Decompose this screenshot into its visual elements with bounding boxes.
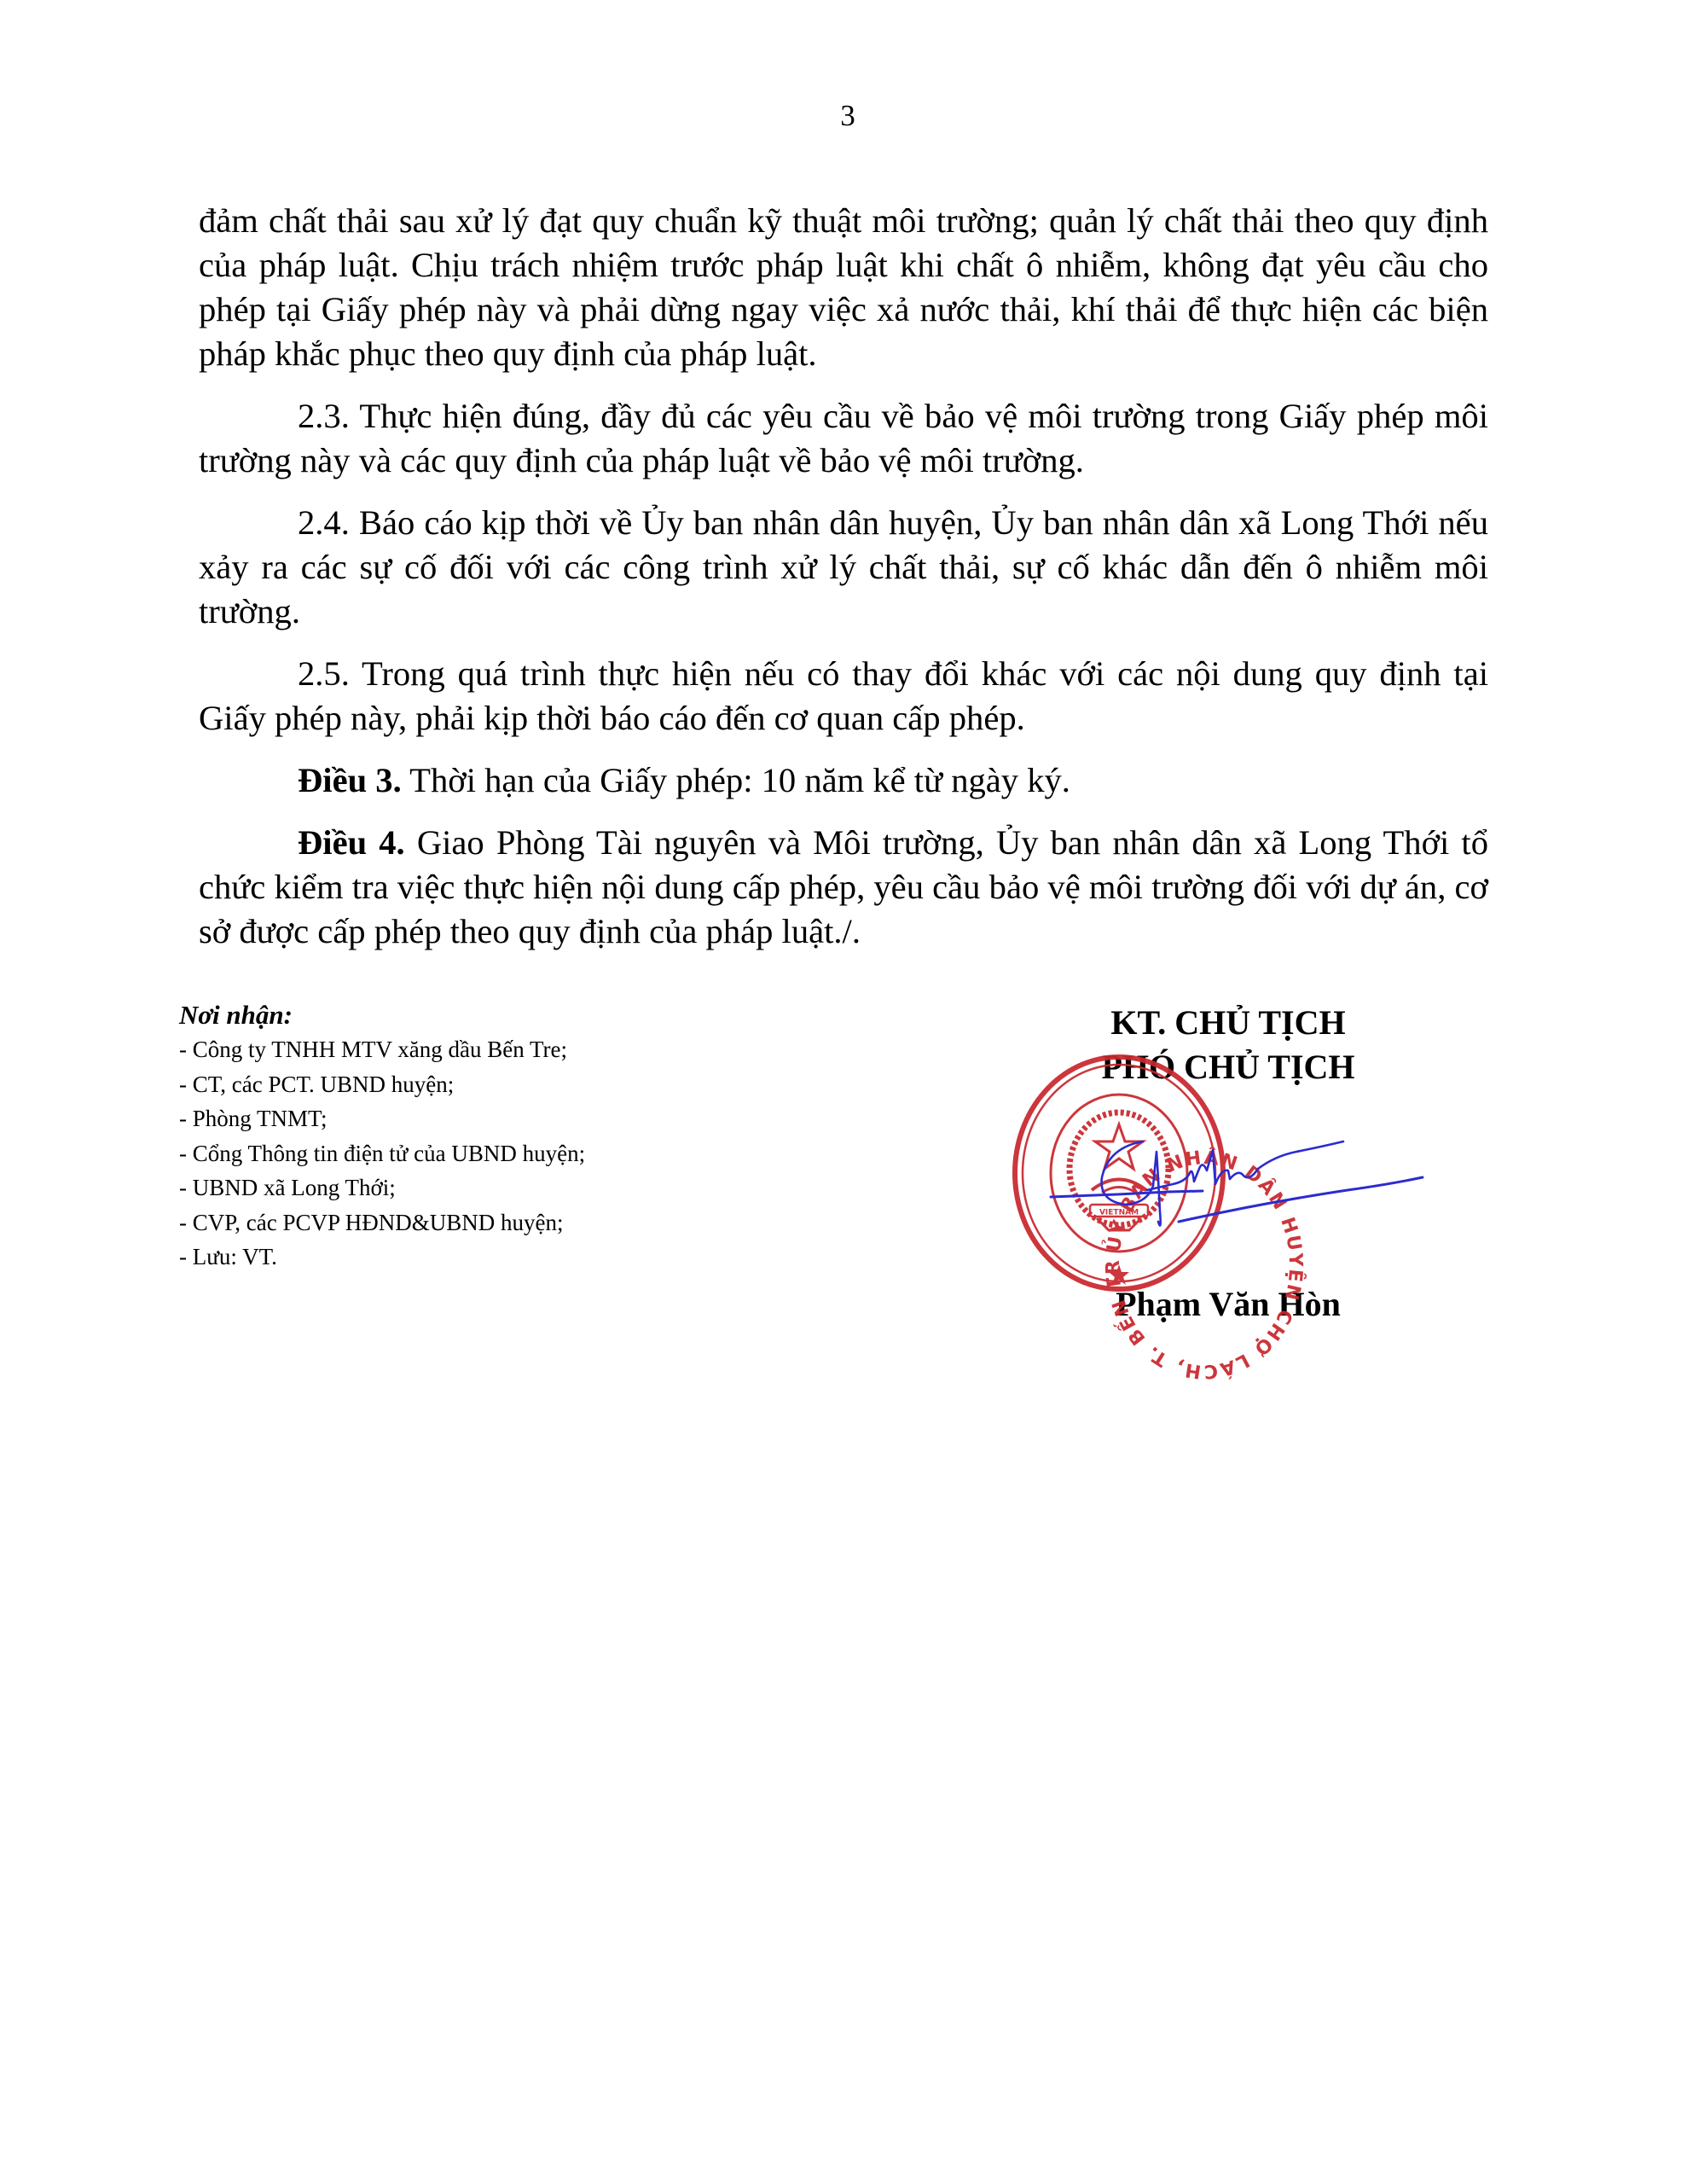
recipient-item: - Công ty TNHH MTV xăng dầu Bến Tre;: [179, 1032, 947, 1067]
recipients-list: - Công ty TNHH MTV xăng dầu Bến Tre; - C…: [179, 1032, 947, 1275]
body-paragraph: 2.4. Báo cáo kịp thời về Ủy ban nhân dân…: [199, 501, 1488, 634]
recipient-item: - UBND xã Long Thới;: [179, 1170, 947, 1205]
recipient-item: - CT, các PCT. UBND huyện;: [179, 1067, 947, 1102]
paragraph-text: Thời hạn của Giấy phép: 10 năm kể từ ngà…: [402, 761, 1070, 799]
recipients-block: Nơi nhận: - Công ty TNHH MTV xăng dầu Bế…: [179, 998, 947, 1275]
paragraph-text: 2.3. Thực hiện đúng, đầy đủ các yêu cầu …: [199, 397, 1488, 479]
article-label: Điều 4.: [298, 823, 405, 862]
recipient-item: - Lưu: VT.: [179, 1240, 947, 1275]
recipient-item: - CVP, các PCVP HĐND&UBND huyện;: [179, 1205, 947, 1240]
article-paragraph: Điều 4. Giao Phòng Tài nguyên và Môi trư…: [199, 821, 1488, 954]
article-label: Điều 3.: [298, 761, 402, 799]
recipient-item: - Phòng TNMT;: [179, 1101, 947, 1136]
document-body: đảm chất thải sau xử lý đạt quy chuẩn kỹ…: [199, 199, 1488, 972]
body-paragraph: đảm chất thải sau xử lý đạt quy chuẩn kỹ…: [199, 199, 1488, 376]
official-stamp-and-signature: ỦY BAN NHÂN DÂN HUYỆN CHỢ LÁCH, T. BẾN T…: [989, 1041, 1467, 1314]
body-paragraph: 2.3. Thực hiện đúng, đầy đủ các yêu cầu …: [199, 394, 1488, 483]
svg-text:VIETNAM: VIETNAM: [1099, 1209, 1139, 1217]
recipients-heading: Nơi nhận:: [179, 998, 947, 1032]
signer-title-line1: KT. CHỦ TỊCH: [1006, 1002, 1450, 1043]
paragraph-text: đảm chất thải sau xử lý đạt quy chuẩn kỹ…: [199, 201, 1488, 373]
page-number: 3: [0, 99, 1687, 133]
body-paragraph: 2.5. Trong quá trình thực hiện nếu có th…: [199, 652, 1488, 741]
paragraph-text: 2.4. Báo cáo kịp thời về Ủy ban nhân dân…: [199, 503, 1488, 630]
recipient-item: - Cổng Thông tin điện tử của UBND huyện;: [179, 1136, 947, 1171]
paragraph-text: 2.5. Trong quá trình thực hiện nếu có th…: [199, 654, 1488, 737]
article-paragraph: Điều 3. Thời hạn của Giấy phép: 10 năm k…: [199, 758, 1488, 803]
